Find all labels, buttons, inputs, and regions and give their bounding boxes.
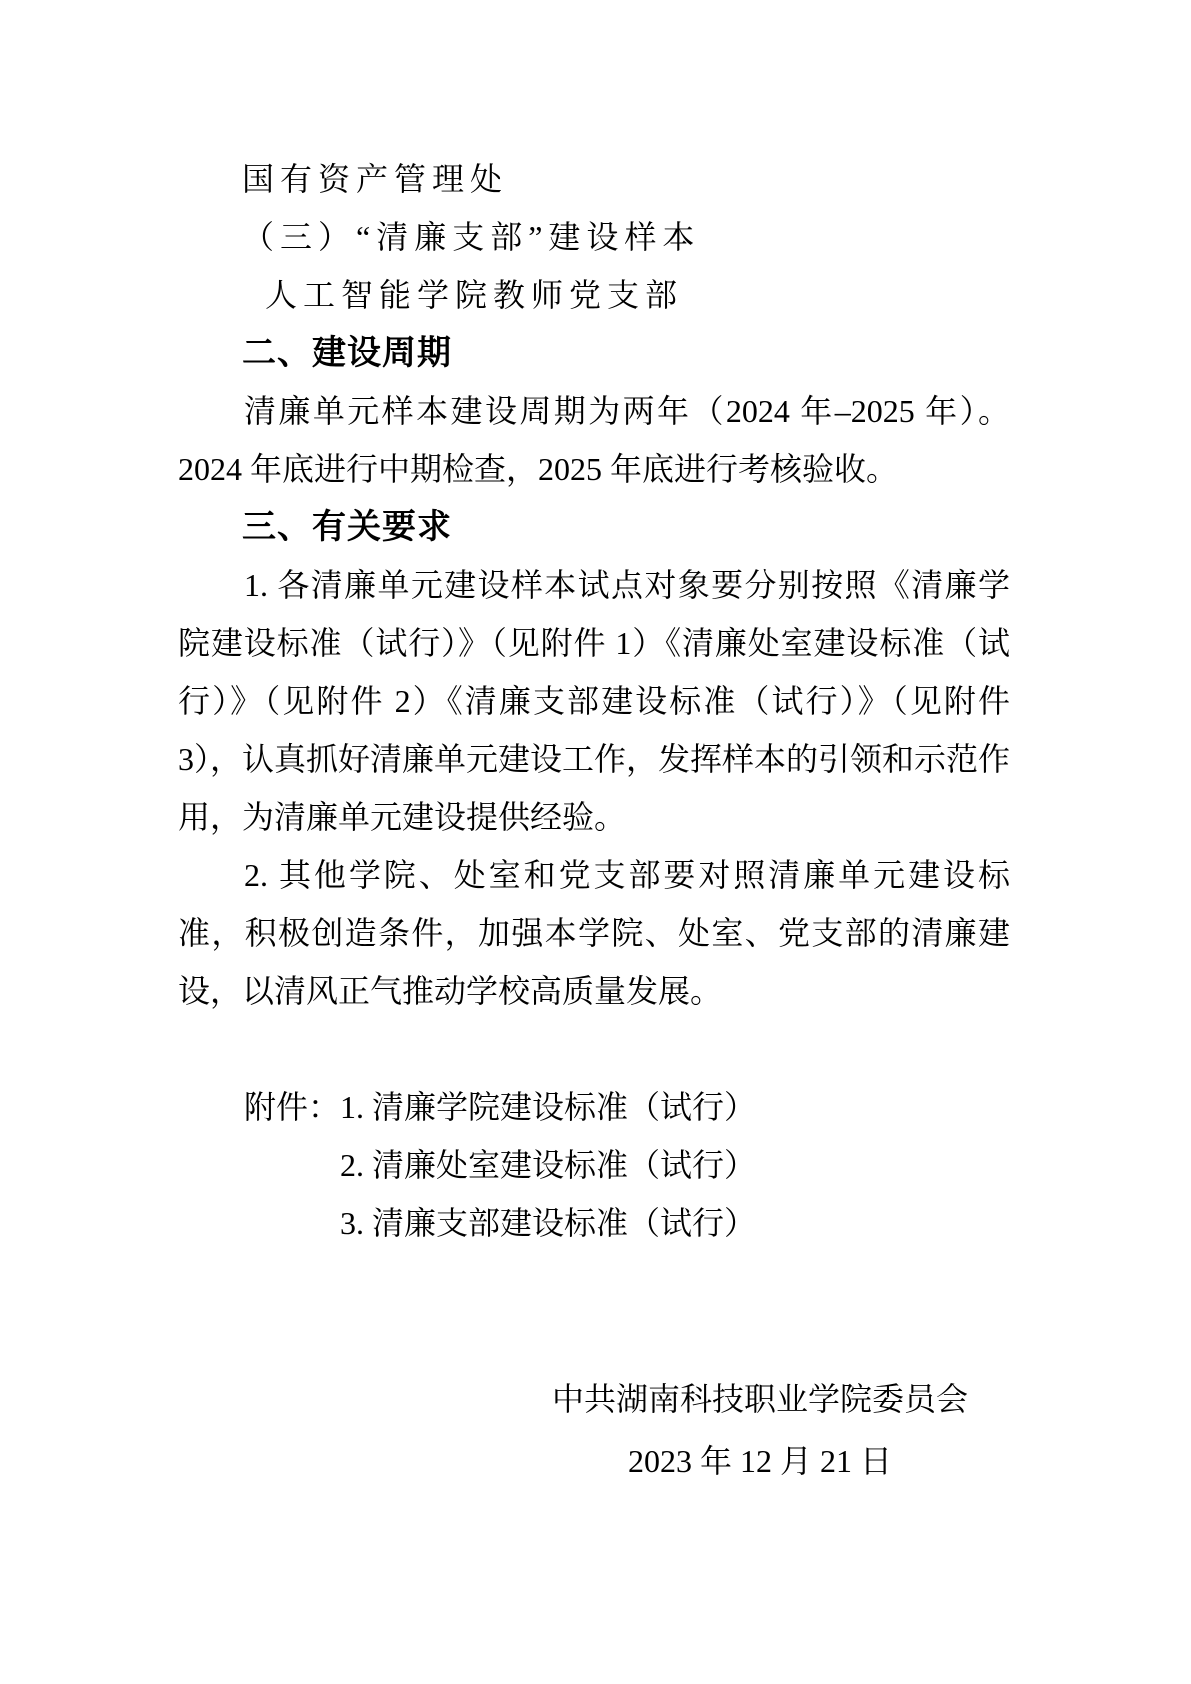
intro-list: 国有资产管理处 （三）“清廉支部”建设样本 人工智能学院教师党支部 <box>178 150 1010 324</box>
signature-inner: 中共湖南科技职业学院委员会 2023 年 12 月 21 日 <box>552 1368 968 1492</box>
signature-block: 中共湖南科技职业学院委员会 2023 年 12 月 21 日 <box>178 1368 1010 1492</box>
intro-line-branch-name: 人工智能学院教师党支部 <box>178 266 1010 324</box>
paragraph-requirement-2: 2. 其他学院、处室和党支部要对照清廉单元建设标准，积极创造条件，加强本学院、处… <box>178 846 1010 1020</box>
intro-line-org: 国有资产管理处 <box>178 150 1010 208</box>
attachment-item-3: 3. 清廉支部建设标准（试行） <box>340 1194 756 1252</box>
attachment-item-2: 2. 清廉处室建设标准（试行） <box>340 1136 756 1194</box>
attachments-label: 附件： <box>244 1078 340 1136</box>
attachment-item-1: 1. 清廉学院建设标准（试行） <box>340 1078 756 1136</box>
intro-line-sample-heading: （三）“清廉支部”建设样本 <box>178 208 1010 266</box>
attachments-list: 1. 清廉学院建设标准（试行） 2. 清廉处室建设标准（试行） 3. 清廉支部建… <box>340 1078 756 1252</box>
paragraph-requirement-1: 1. 各清廉单元建设样本试点对象要分别按照《清廉学院建设标准（试行）》（见附件 … <box>178 556 1010 846</box>
signature-issuer: 中共湖南科技职业学院委员会 <box>552 1368 968 1430</box>
attachments-block: 附件： 1. 清廉学院建设标准（试行） 2. 清廉处室建设标准（试行） 3. 清… <box>178 1078 1010 1252</box>
signature-date: 2023 年 12 月 21 日 <box>552 1430 968 1492</box>
section-heading-construction-period: 二、建设周期 <box>178 324 1010 382</box>
paragraph-construction-period: 清廉单元样本建设周期为两年（2024 年–2025 年）。2024 年底进行中期… <box>178 382 1010 498</box>
section-heading-requirements: 三、有关要求 <box>178 498 1010 556</box>
document-page: 国有资产管理处 （三）“清廉支部”建设样本 人工智能学院教师党支部 二、建设周期… <box>0 0 1191 1684</box>
